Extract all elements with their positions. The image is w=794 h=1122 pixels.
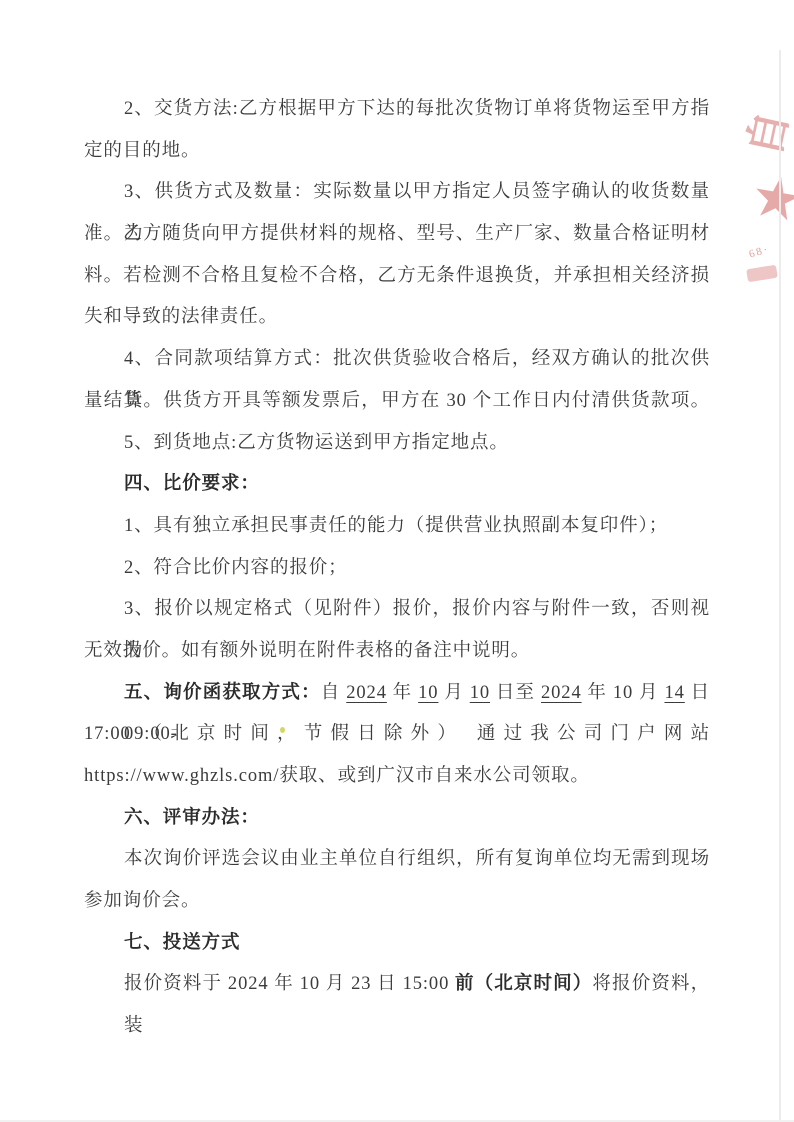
paragraph-line: 参加询价会。 (84, 881, 710, 923)
text-segment: 自 (321, 683, 346, 703)
text-segment: 1、具有独立承担民事责任的能力（提供营业执照副本复印件）； (124, 516, 668, 536)
paragraph-line: 报价资料于 2024 年 10 月 23 日 15:00 前（北京时间）将报价资… (84, 964, 710, 1006)
text-segment: 六、评审办法： (124, 808, 260, 828)
text-segment: 14 (664, 683, 684, 703)
paragraph-line: https://www.ghzls.com/获取、或到广汉市自来水公司领取。 (84, 756, 710, 798)
text-segment: 月 (438, 683, 469, 703)
paragraph-line: 量结算。供货方开具等额发票后，甲方在 30 个工作日内付清供货款项。 (84, 381, 710, 423)
text-segment: 17:00 （北京时间，节假日除外） 通过我公司门户网站 (84, 724, 710, 744)
text-segment: 参加询价会。 (84, 891, 200, 911)
paragraph-line: 本次询价评选会议由业主单位自行组织，所有复询单位均无需到现场 (84, 839, 710, 881)
text-segment: 失和导致的法律责任。 (84, 307, 278, 327)
page-edge-shadow-right (779, 50, 781, 1122)
paragraph-line: 准。乙方随货向甲方提供材料的规格、型号、生产厂家、数量合格证明材 (84, 214, 710, 256)
paragraph-line: 4、合同款项结算方式：批次供货验收合格后，经双方确认的批次供货 (84, 339, 710, 381)
text-segment: 5、到货地点:乙方货物运送到甲方指定地点。 (124, 433, 509, 453)
text-segment: 2024 (346, 683, 387, 703)
seal-digits: 68· (748, 244, 771, 260)
document-body: 2、交货方法:乙方根据甲方下达的每批次货物订单将货物运至甲方指定的目的地。3、供… (84, 89, 710, 1006)
text-segment: 日至 (490, 683, 541, 703)
paragraph-line: 定的目的地。 (84, 131, 710, 173)
paragraph-line: 5、到货地点:乙方货物运送到甲方指定地点。 (84, 423, 710, 465)
text-segment: 2、交货方法:乙方根据甲方下达的每批次货物订单将货物运至甲方指 (124, 99, 710, 119)
text-segment: 五、询价函获取方式： (124, 683, 321, 703)
text-segment: 报价资料于 2024 年 10 月 23 日 15:00 (124, 974, 455, 994)
paragraph-line: 2、符合比价内容的报价； (84, 548, 710, 590)
seal-star-icon: ★ (746, 166, 794, 232)
seal-character: 自 (743, 108, 794, 160)
text-segment: 本次询价评选会议由业主单位自行组织，所有复询单位均无需到现场 (124, 849, 710, 869)
text-segment: 四、比价要求： (124, 474, 260, 494)
text-segment: 年 (387, 683, 418, 703)
text-segment: 年 10 月 (582, 683, 665, 703)
text-segment: https://www.ghzls.com/获取、或到广汉市自来水公司领取。 (84, 766, 590, 786)
text-segment: 七、投送方式 (124, 933, 240, 953)
document-page: 2、交货方法:乙方根据甲方下达的每批次货物订单将货物运至甲方指定的目的地。3、供… (0, 0, 794, 1122)
paragraph-line: 3、报价以规定格式（见附件）报价，报价内容与附件一致，否则视为 (84, 589, 710, 631)
paragraph-line: 17:00 （北京时间，节假日除外） 通过我公司门户网站 (84, 714, 710, 756)
text-segment: 2024 (541, 683, 582, 703)
paragraph-line: 3、供货方式及数量：实际数量以甲方指定人员签字确认的收货数量为 (84, 172, 710, 214)
text-segment: 无效报价。如有额外说明在附件表格的备注中说明。 (84, 641, 530, 661)
text-segment: 前（北京时间） (455, 974, 592, 994)
paragraph-line: 2、交货方法:乙方根据甲方下达的每批次货物订单将货物运至甲方指 (84, 89, 710, 131)
text-segment: 定的目的地。 (84, 141, 200, 161)
paragraph-line: 四、比价要求： (84, 464, 710, 506)
text-segment: 量结算。供货方开具等额发票后，甲方在 30 个工作日内付清供货款项。 (84, 391, 710, 411)
text-segment: 10 (470, 683, 490, 703)
paragraph-line: 1、具有独立承担民事责任的能力（提供营业执照副本复印件）； (84, 506, 710, 548)
paragraph-line: 无效报价。如有额外说明在附件表格的备注中说明。 (84, 631, 710, 673)
text-segment: 2、符合比价内容的报价； (124, 558, 348, 578)
text-segment: 准。乙方随货向甲方提供材料的规格、型号、生产厂家、数量合格证明材 (84, 224, 710, 244)
paragraph-line: 失和导致的法律责任。 (84, 297, 710, 339)
paragraph-line: 七、投送方式 (84, 923, 710, 965)
paragraph-line: 五、询价函获取方式：自 2024 年 10 月 10 日至 2024 年 10 … (84, 673, 710, 715)
seal-smudge (746, 265, 778, 283)
paragraph-line: 料。若检测不合格且复检不合格，乙方无条件退换货，并承担相关经济损 (84, 256, 710, 298)
paragraph-line: 六、评审办法： (84, 798, 710, 840)
text-segment: 料。若检测不合格且复检不合格，乙方无条件退换货，并承担相关经济损 (84, 266, 710, 286)
scan-artifact-dot (280, 727, 285, 733)
text-segment: 10 (418, 683, 438, 703)
